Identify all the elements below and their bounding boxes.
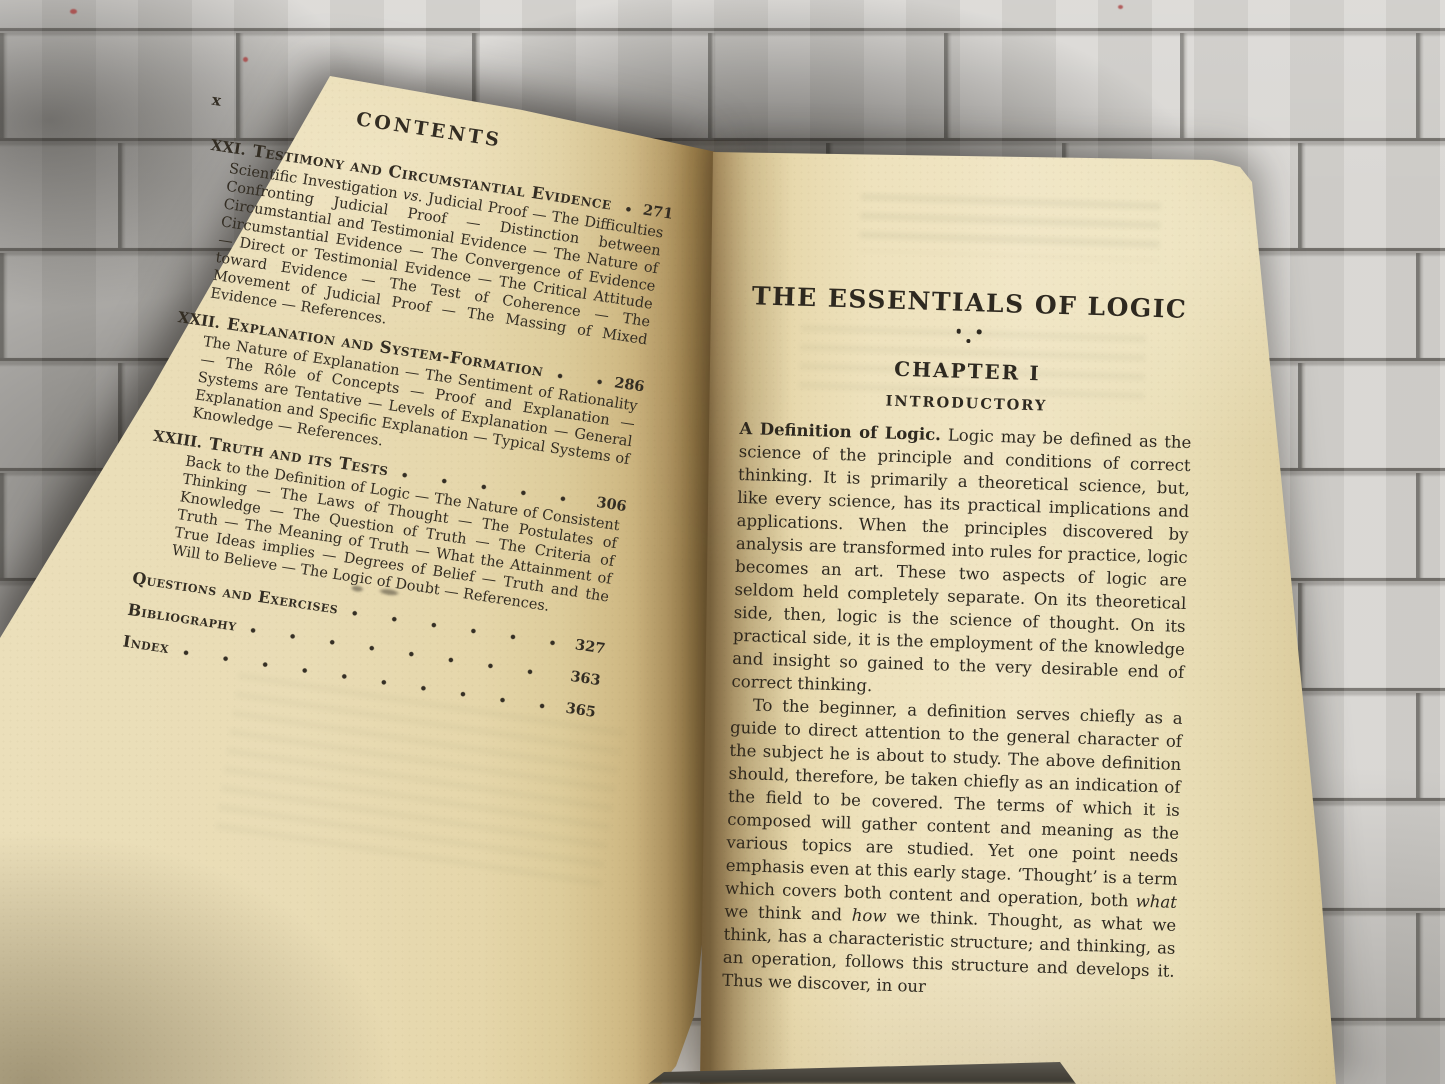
dot-leader [625, 206, 634, 213]
book-title: THE ESSENTIALS OF LOGIC [743, 281, 1196, 324]
back-matter-title: Bibliography [126, 600, 238, 635]
book-photo-scene: x CONTENTS XXI. Testimony and Circumstan… [0, 0, 1445, 1084]
chapter-heading: CHAPTER I [741, 352, 1194, 390]
paragraph-2: To the beginner, a definition serves chi… [722, 693, 1183, 1006]
paragraph-1: A Definition of Logic. Logic may be defi… [731, 417, 1191, 707]
italic-word: how [852, 906, 887, 926]
section-heading: INTRODUCTORY [740, 388, 1192, 419]
ornament-dot [966, 338, 971, 343]
page-number: 327 [574, 636, 620, 659]
chapter-numeral: XXI. [159, 128, 255, 160]
page-number: 286 [613, 374, 659, 397]
paragraph-text: To the beginner, a definition serves chi… [725, 695, 1183, 910]
bleed-through-text [859, 193, 1161, 260]
ornament-dot [977, 329, 982, 334]
ornament-dot [956, 329, 961, 334]
paragraph-lead-in: A Definition of Logic. [739, 419, 941, 444]
ornament-dots-row [956, 329, 981, 334]
page-number: 306 [595, 494, 641, 517]
paragraph-text: we think and [724, 902, 852, 925]
description-italic: vs. [402, 187, 424, 206]
italic-word: what [1135, 892, 1177, 912]
chapter-numeral: XXIII. [115, 421, 211, 453]
page-number: 271 [642, 202, 688, 225]
dot-leader [556, 373, 604, 386]
chapter-numeral: XXII. [133, 301, 229, 333]
left-page-text: x CONTENTS XXI. Testimony and Circumstan… [84, 70, 694, 723]
right-page-text: THE ESSENTIALS OF LOGIC CHAPTER I INTROD… [722, 255, 1197, 1006]
ornament-dots-icon [742, 322, 1194, 350]
paragraph-text: Logic may be defined as the science of t… [731, 425, 1191, 695]
page-number: 363 [569, 668, 615, 691]
